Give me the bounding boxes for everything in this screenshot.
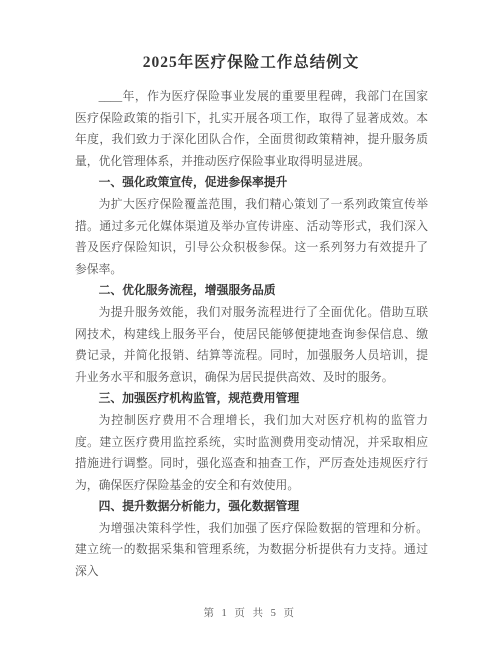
paragraph-section-1: 为扩大医疗保险覆盖范围，我们精心策划了一系列政策宣传举措。通过多元化媒体渠道及举… xyxy=(75,194,428,280)
document-page: 2025年医疗保险工作总结例文 ____年，作为医疗保险事业发展的重要里程碑，我… xyxy=(0,0,500,647)
document-body: ____年，作为医疗保险事业发展的重要里程碑，我部门在国家医疗保险政策的指引下，… xyxy=(75,86,428,583)
section-heading-1: 一、强化政策宣传，促进参保率提升 xyxy=(75,172,428,194)
page-footer: 第 1 页 共 5 页 xyxy=(0,603,500,621)
section-heading-2: 二、优化服务流程，增强服务品质 xyxy=(75,280,428,302)
page-number-indicator: 第 1 页 共 5 页 xyxy=(203,608,296,619)
document-title: 2025年医疗保险工作总结例文 xyxy=(75,52,427,74)
section-heading-3: 三、加强医疗机构监管，规范费用管理 xyxy=(75,388,428,410)
paragraph-intro: ____年，作为医疗保险事业发展的重要里程碑，我部门在国家医疗保险政策的指引下，… xyxy=(75,86,428,172)
paragraph-section-4: 为增强决策科学性，我们加强了医疗保险数据的管理和分析。建立统一的数据采集和管理系… xyxy=(75,518,428,583)
paragraph-section-2: 为提升服务效能，我们对服务流程进行了全面优化。借助互联网技术，构建线上服务平台，… xyxy=(75,302,428,388)
paragraph-section-3: 为控制医疗费用不合理增长，我们加大对医疗机构的监管力度。建立医疗费用监控系统，实… xyxy=(75,410,428,496)
section-heading-4: 四、提升数据分析能力，强化数据管理 xyxy=(75,496,428,518)
